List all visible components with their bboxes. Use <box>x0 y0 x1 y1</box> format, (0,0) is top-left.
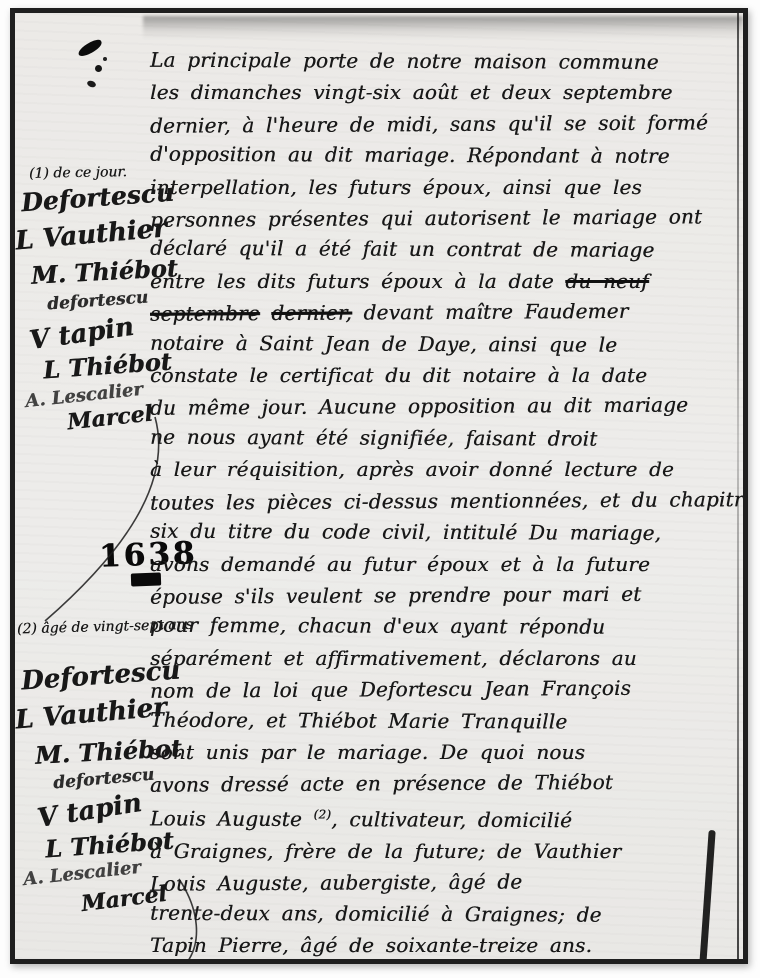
struck-text: septembre <box>150 301 260 326</box>
manuscript-line: sont unis par le mariage. De quoi nous <box>150 737 737 768</box>
manuscript-text: (2) <box>314 807 332 821</box>
manuscript-text: sont unis par le mariage. De quoi nous <box>150 740 585 764</box>
manuscript-line: Théodore, et Thiébot Marie Tranquille <box>150 704 737 738</box>
manuscript-line: Louis Auguste, aubergiste, âgé de <box>150 865 737 900</box>
photo-frame: (1) de ce jour. DefortescuL VauthierM. T… <box>10 8 748 964</box>
manuscript-line: pour femme, chacun d'eux ayant répondu <box>150 610 737 644</box>
struck-text: dernier, <box>271 301 352 325</box>
manuscript-text <box>260 301 272 325</box>
manuscript-text: Louis Auguste <box>150 806 314 831</box>
ink-blot <box>95 65 102 72</box>
manuscript-text: six du titre du code civil, intitulé Du … <box>150 519 661 545</box>
page-gutter-shadow <box>737 13 739 959</box>
manuscript-line: déclaré qu'il a été fait un contrat de m… <box>150 233 737 267</box>
manuscript-text: notaire à Saint Jean de Daye, ainsi que … <box>150 330 617 356</box>
manuscript-text: nom de la loi que Defortescu Jean Franço… <box>150 676 631 703</box>
manuscript-line: toutes les pièces ci-dessus mentionnées,… <box>150 484 737 519</box>
manuscript-text: Théodore, et Thiébot Marie Tranquille <box>150 707 567 733</box>
manuscript-line: à Graignes, frère de la future; de Vauth… <box>150 836 737 867</box>
ink-blot <box>86 80 97 89</box>
manuscript-text: entre les dits futurs époux à la date <box>150 269 565 293</box>
manuscript-line: notaire à Saint Jean de Daye, ainsi que … <box>150 327 737 361</box>
manuscript-text: épouse s'ils veulent se prendre pour mar… <box>150 582 641 609</box>
manuscript-text: trente-deux ans, domicilié à Graignes; d… <box>150 900 602 926</box>
manuscript-text: Tapin Pierre, âgé de soixante-treize ans… <box>150 933 592 957</box>
scanned-document: (1) de ce jour. DefortescuL VauthierM. T… <box>0 0 760 978</box>
manuscript-line: les dimanches vingt-six août et deux sep… <box>150 77 737 108</box>
manuscript-text: Louis Auguste, aubergiste, âgé de <box>150 870 522 896</box>
manuscript-text: déclaré qu'il a été fait un contrat de m… <box>150 236 655 262</box>
manuscript-text: du même jour. Aucune opposition au dit m… <box>150 393 688 420</box>
manuscript-text: à leur réquisition, après avoir donné le… <box>150 457 674 481</box>
ink-blot <box>103 57 107 61</box>
signature: L Vauthier <box>15 213 168 256</box>
manuscript-text: pour femme, chacun d'eux ayant répondu <box>150 613 605 639</box>
manuscript-text: personnes présentes qui autorisent le ma… <box>150 204 702 231</box>
ink-blot <box>76 37 104 58</box>
manuscript-text: à Graignes, frère de la future; de Vauth… <box>150 839 621 863</box>
manuscript-line: du même jour. Aucune opposition au dit m… <box>150 390 737 425</box>
signature: V tapin <box>35 788 143 834</box>
manuscript-line: épouse s'ils veulent se prendre pour mar… <box>150 578 737 613</box>
manuscript-text: , cultivateur, domicilié <box>331 807 572 832</box>
manuscript-line: nom de la loi que Defortescu Jean Franço… <box>150 672 737 707</box>
manuscript-text: interpellation, les futurs époux, ainsi … <box>150 175 642 199</box>
manuscript-line: ne nous ayant été signifiée, faisant dro… <box>150 422 737 456</box>
manuscript-text: constate le certificat du dit notaire à … <box>150 363 647 387</box>
manuscript-line: six du titre du code civil, intitulé Du … <box>150 516 737 550</box>
manuscript-text: devant maître Faudemer <box>352 299 629 325</box>
manuscript-text: ne nous ayant été signifiée, faisant dro… <box>150 425 597 451</box>
signature: defortescu <box>46 287 148 314</box>
manuscript-line: avons demandé au futur époux et à la fut… <box>150 549 737 580</box>
manuscript-line: avons dressé acte en présence de Thiébot <box>150 767 737 802</box>
manuscript-text: La principale porte de notre maison comm… <box>150 48 659 74</box>
manuscript-line: interpellation, les futurs époux, ainsi … <box>150 172 737 203</box>
manuscript-line: personnes présentes qui autorisent le ma… <box>150 201 737 236</box>
struck-text: du neuf <box>565 269 648 293</box>
margin-note-1: (1) de ce jour. <box>29 164 127 182</box>
signature: L Vauthier <box>15 692 168 735</box>
manuscript-text: d'opposition au dit mariage. Répondant à… <box>150 142 670 168</box>
signature: defortescu <box>52 765 155 794</box>
manuscript-line: entre les dits futurs époux à la date du… <box>150 266 737 297</box>
manuscript-line: trente-deux ans, domicilié à Graignes; d… <box>150 897 737 931</box>
manuscript-line: Louis Auguste (2), cultivateur, domicili… <box>150 798 737 837</box>
manuscript-text: toutes les pièces ci-dessus mentionnées,… <box>150 487 743 515</box>
manuscript-body: La principale porte de notre maison comm… <box>150 46 737 959</box>
manuscript-line: à leur réquisition, après avoir donné le… <box>150 454 737 485</box>
manuscript-line: dernier, à l'heure de midi, sans qu'il s… <box>150 107 737 142</box>
scan-smudge-top <box>143 16 743 40</box>
register-page: (1) de ce jour. DefortescuL VauthierM. T… <box>15 13 743 959</box>
manuscript-text: séparément et affirmativement, déclarons… <box>150 646 637 670</box>
manuscript-text: les dimanches vingt-six août et deux sep… <box>150 80 673 104</box>
manuscript-line: constate le certificat du dit notaire à … <box>150 360 737 391</box>
manuscript-text: avons demandé au futur époux et à la fut… <box>150 552 650 576</box>
manuscript-line: Tapin Pierre, âgé de soixante-treize ans… <box>150 930 737 959</box>
manuscript-line: séparément et affirmativement, déclarons… <box>150 643 737 674</box>
manuscript-line: d'opposition au dit mariage. Répondant à… <box>150 139 737 173</box>
manuscript-text: avons dressé acte en présence de Thiébot <box>150 770 613 797</box>
manuscript-text: dernier, à l'heure de midi, sans qu'il s… <box>150 110 708 137</box>
manuscript-line: septembre dernier, devant maître Faudeme… <box>150 295 737 330</box>
manuscript-line: La principale porte de notre maison comm… <box>150 45 737 79</box>
